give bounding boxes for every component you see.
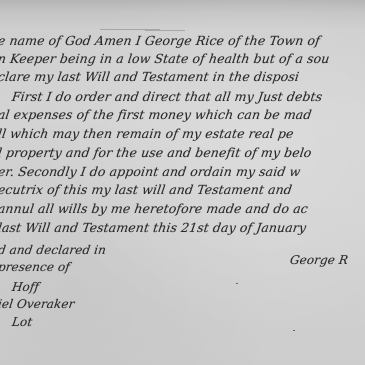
will-line-10: annul all wills by me heretofore made an… xyxy=(0,201,309,216)
will-line-2: n Keeper being in a low State of health … xyxy=(0,51,331,66)
witness-signature-hoff: Hoff xyxy=(11,280,40,294)
will-line-9: ecutrix of this my last will and Testame… xyxy=(0,182,293,197)
ink-speck xyxy=(236,283,238,284)
will-document-scan: e name of God Amen I George Rice of the … xyxy=(0,0,365,365)
attestation-line-1: d and declared in xyxy=(0,243,107,257)
faint-ruled-line xyxy=(145,30,185,31)
witness-signature-overaker: iel Overaker xyxy=(0,297,75,311)
will-line-11: last Will and Testament this 21st day of… xyxy=(0,220,307,235)
will-line-1: e name of God Amen I George Rice of the … xyxy=(0,33,321,48)
will-line-7: l property and for the use and benefit o… xyxy=(0,145,313,160)
will-line-8: er. Secondly I do appoint and ordain my … xyxy=(0,164,302,179)
will-line-5: al expenses of the first money which can… xyxy=(0,107,313,122)
witness-signature-lot: Lot xyxy=(11,315,33,329)
ink-speck xyxy=(293,330,295,331)
will-line-3: clare my last Will and Testament in the … xyxy=(0,69,300,84)
will-line-6: ll which may then remain of my estate re… xyxy=(0,126,295,141)
attestation-line-2: presence of xyxy=(0,260,71,274)
testator-signature: George R xyxy=(289,253,349,267)
will-line-4: First I do order and direct that all my … xyxy=(11,89,323,104)
